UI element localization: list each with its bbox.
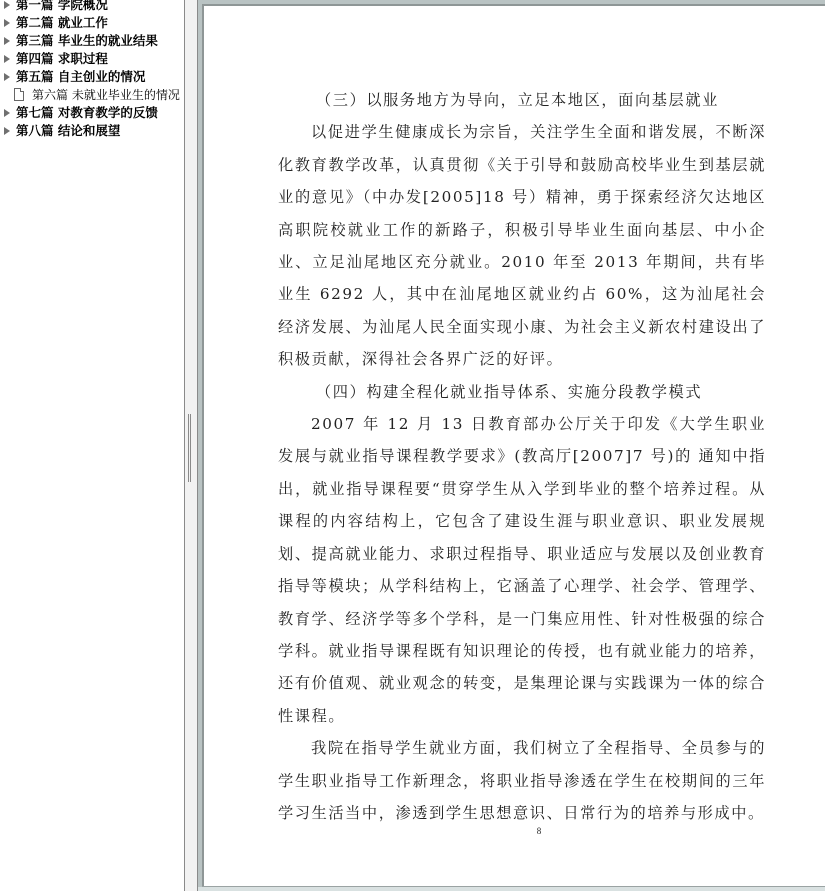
expand-triangle-icon[interactable] (4, 109, 10, 117)
bookmark-label: 第七篇 对教育教学的反馈 (16, 105, 158, 120)
body-paragraph: 我院在指导学生就业方面，我们树立了全程指导、全员参与的学生职业指导工作新理念，将… (278, 732, 766, 829)
page-number: 8 (204, 826, 825, 836)
expand-triangle-icon[interactable] (4, 37, 10, 45)
bookmark-item-chapter-6[interactable]: 第六篇 未就业毕业生的情况 (0, 86, 184, 104)
expand-triangle-icon[interactable] (4, 19, 10, 27)
page-gap (198, 887, 825, 891)
document-viewport[interactable]: （三）以服务地方为导向，立足本地区，面向基层就业 以促进学生健康成长为宗旨，关注… (198, 0, 825, 891)
bookmark-item-chapter-4[interactable]: 第四篇 求职过程 (0, 50, 184, 68)
bookmark-label: 第三篇 毕业生的就业结果 (16, 33, 158, 48)
bookmark-item-chapter-7[interactable]: 第七篇 对教育教学的反馈 (0, 104, 184, 122)
expand-triangle-icon[interactable] (4, 1, 10, 9)
document-page: （三）以服务地方为导向，立足本地区，面向基层就业 以促进学生健康成长为宗旨，关注… (202, 4, 825, 886)
bookmark-label: 第一篇 学院概况 (16, 0, 108, 12)
document-icon (14, 88, 24, 101)
bookmark-label: 第八篇 结论和展望 (16, 123, 120, 138)
expand-triangle-icon[interactable] (4, 127, 10, 135)
bookmark-item-chapter-1[interactable]: 第一篇 学院概况 (0, 0, 184, 14)
bookmark-item-chapter-2[interactable]: 第二篇 就业工作 (0, 14, 184, 32)
bookmarks-panel: 第一篇 学院概况 第二篇 就业工作 第三篇 毕业生的就业结果 第四篇 求职过程 … (0, 0, 184, 891)
section-heading: （三）以服务地方为导向，立足本地区，面向基层就业 (278, 84, 766, 116)
bookmark-label: 第二篇 就业工作 (16, 15, 108, 30)
bookmark-label: 第六篇 未就业毕业生的情况 (32, 88, 180, 102)
body-paragraph: 2007 年 12 月 13 日教育部办公厅关于印发《大学生职业发展与就业指导课… (278, 408, 766, 732)
expand-triangle-icon[interactable] (4, 73, 10, 81)
bookmark-label: 第五篇 自主创业的情况 (16, 69, 145, 84)
bookmark-item-chapter-5[interactable]: 第五篇 自主创业的情况 (0, 68, 184, 86)
section-heading: （四）构建全程化就业指导体系、实施分段教学模式 (278, 376, 766, 408)
bookmark-label: 第四篇 求职过程 (16, 51, 108, 66)
expand-triangle-icon[interactable] (4, 55, 10, 63)
splitter-grip-line (190, 414, 191, 482)
bookmark-item-chapter-8[interactable]: 第八篇 结论和展望 (0, 122, 184, 140)
body-paragraph: 以促进学生健康成长为宗旨，关注学生全面和谐发展，不断深化教育教学改革，认真贯彻《… (278, 116, 766, 375)
panel-splitter[interactable] (185, 0, 197, 891)
bookmark-outline: 第一篇 学院概况 第二篇 就业工作 第三篇 毕业生的就业结果 第四篇 求职过程 … (0, 0, 184, 140)
bookmark-item-chapter-3[interactable]: 第三篇 毕业生的就业结果 (0, 32, 184, 50)
page-content: （三）以服务地方为导向，立足本地区，面向基层就业 以促进学生健康成长为宗旨，关注… (278, 84, 766, 829)
splitter-grip-line (188, 414, 189, 482)
